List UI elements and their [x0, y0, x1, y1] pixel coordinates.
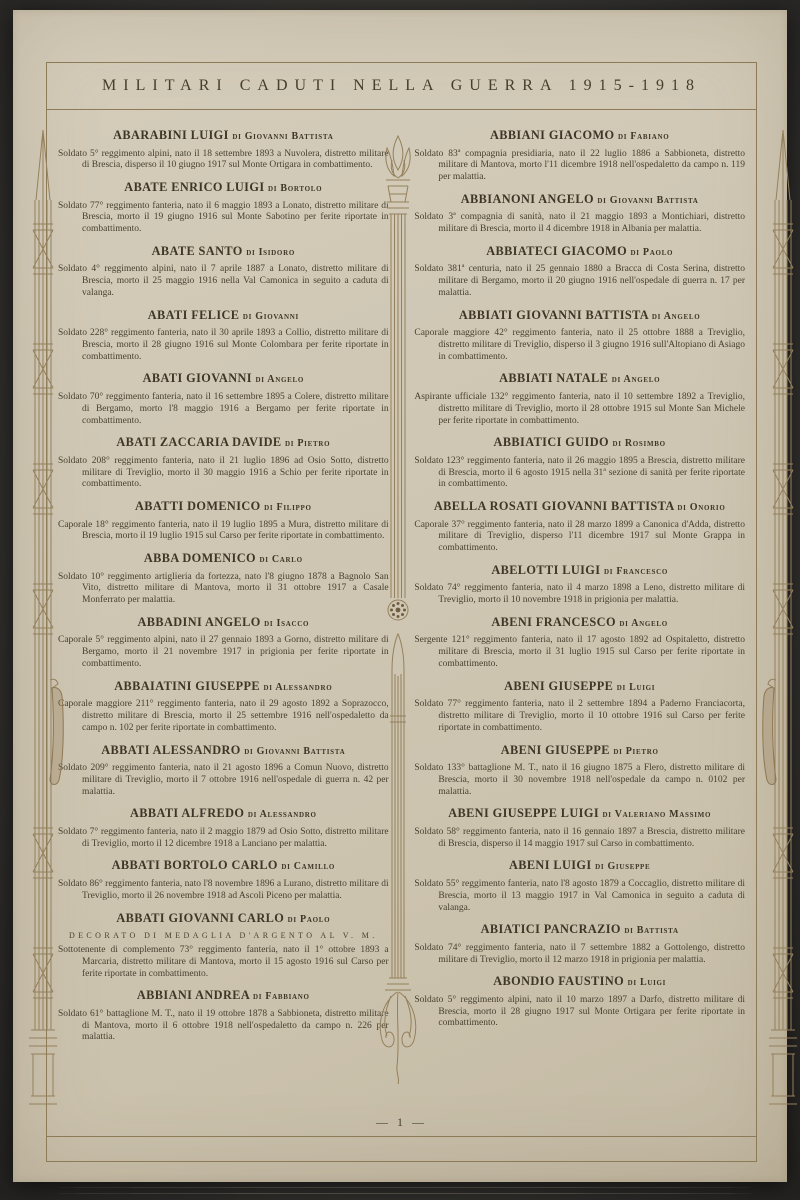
soldier-record: Caporale 18° reggimento fanteria, nato i… [58, 520, 389, 544]
soldier-name-heading: ABBIATI GIOVANNI BATTISTA di Angelo [414, 309, 745, 323]
soldier-name-heading: ABATI ZACCARIA DAVIDE di Pietro [58, 436, 389, 450]
soldier-entry: ABARABINI LUIGI di Giovanni BattistaSold… [58, 129, 389, 172]
soldier-name-heading: ABARABINI LUIGI di Giovanni Battista [58, 129, 389, 143]
soldier-entry: ABIATICI PANCRAZIO di BattistaSoldato 74… [414, 923, 745, 966]
soldier-entry: ABATTI DOMENICO di FilippoCaporale 18° r… [58, 500, 389, 543]
soldier-name: ABENI LUIGI [509, 858, 592, 872]
soldier-patronymic: di Bortolo [268, 183, 322, 194]
soldier-name-heading: ABBIANONI ANGELO di Giovanni Battista [414, 193, 745, 207]
soldier-name: ABBIATECI GIACOMO [486, 244, 627, 258]
soldier-record: Soldato 3ª compagnia di sanità, nato il … [414, 212, 745, 236]
soldier-entry: ABENI FRANCESCO di AngeloSergente 121° r… [414, 616, 745, 671]
decoration-note: DECORATO DI MEDAGLIA D'ARGENTO AL V. M. [58, 931, 389, 940]
soldier-entry: ABONDIO FAUSTINO di LuigiSoldato 5° regg… [414, 975, 745, 1030]
soldier-patronymic: di Valeriano Massimo [603, 809, 712, 820]
soldier-entry: ABENI GIUSEPPE LUIGI di Valeriano Massim… [414, 807, 745, 850]
soldier-entry: ABBIATECI GIACOMO di PaoloSoldato 381ª c… [414, 245, 745, 300]
soldier-name-heading: ABBIATICI GUIDO di Rosimbo [414, 436, 745, 450]
soldier-entry: ABBATI BORTOLO CARLO di CamilloSoldato 8… [58, 859, 389, 902]
soldier-entry: ABATE SANTO di IsidoroSoldato 4° reggime… [58, 245, 389, 300]
soldier-name: ABARABINI LUIGI [113, 128, 229, 142]
soldier-patronymic: di Isacco [264, 618, 309, 629]
soldier-name: ABBATI GIOVANNI CARLO [116, 911, 284, 925]
soldier-entry: ABATI ZACCARIA DAVIDE di PietroSoldato 2… [58, 436, 389, 491]
soldier-name-heading: ABENI GIUSEPPE di Pietro [414, 744, 745, 758]
soldier-record: Soldato 77° reggimento fanteria, nato il… [58, 201, 389, 236]
soldier-name: ABBADINI ANGELO [137, 615, 260, 629]
soldier-name: ABATI ZACCARIA DAVIDE [116, 435, 281, 449]
soldier-name-heading: ABELLA ROSATI GIOVANNI BATTISTA di Onori… [414, 500, 745, 514]
soldier-patronymic: di Paolo [288, 914, 331, 925]
soldier-name: ABBIANI GIACOMO [490, 128, 615, 142]
soldier-patronymic: di Carlo [259, 554, 302, 565]
soldier-name: ABBIATICI GUIDO [494, 435, 609, 449]
soldier-patronymic: di Luigi [617, 682, 656, 693]
soldier-patronymic: di Angelo [255, 374, 304, 385]
page-number: — 1 — [47, 1115, 756, 1130]
soldier-record: Soldato 55° reggimento fanteria, nato l'… [414, 879, 745, 914]
right-column: ABBIANI GIACOMO di FabianoSoldato 83ª co… [414, 120, 745, 1105]
soldier-entry: ABBIANI GIACOMO di FabianoSoldato 83ª co… [414, 129, 745, 184]
soldier-record: Soldato 83ª compagnia presidiaria, nato … [414, 149, 745, 184]
soldier-name-heading: ABELOTTI LUIGI di Francesco [414, 564, 745, 578]
soldier-record: Caporale maggiore 211° reggimento fanter… [58, 699, 389, 734]
soldier-name-heading: ABBIATECI GIACOMO di Paolo [414, 245, 745, 259]
soldier-entry: ABBIATI NATALE di AngeloAspirante uffici… [414, 372, 745, 427]
soldier-name-heading: ABONDIO FAUSTINO di Luigi [414, 975, 745, 989]
soldier-entry: ABATI FELICE di GiovanniSoldato 228° reg… [58, 309, 389, 364]
soldier-name: ABBATI ALFREDO [130, 806, 244, 820]
soldier-record: Soldato 10° reggimento artiglieria da fo… [58, 572, 389, 607]
soldier-entry: ABATI GIOVANNI di AngeloSoldato 70° regg… [58, 372, 389, 427]
soldier-patronymic: di Giovanni Battista [597, 195, 698, 206]
soldier-patronymic: di Rosimbo [612, 438, 665, 449]
page-edge [55, 1187, 755, 1188]
soldier-record: Soldato 209° reggimento fanteria, nato i… [58, 763, 389, 798]
soldier-patronymic: di Alessandro [248, 809, 317, 820]
soldier-name-heading: ABENI GIUSEPPE di Luigi [414, 680, 745, 694]
soldier-name: ABATE ENRICO LUIGI [124, 180, 264, 194]
soldier-patronymic: di Camillo [281, 861, 335, 872]
soldier-name: ABATTI DOMENICO [135, 499, 261, 513]
soldier-name: ABBIANI ANDREA [137, 988, 250, 1002]
soldier-name-heading: ABATE SANTO di Isidoro [58, 245, 389, 259]
memorial-page: MILITARI CADUTI NELLA GUERRA 1915-1918 A… [13, 10, 787, 1182]
soldier-name-heading: ABATI GIOVANNI di Angelo [58, 372, 389, 386]
fasces-ornament-right [761, 128, 800, 1118]
soldier-record: Caporale 5° reggimento alpini, nato il 2… [58, 635, 389, 670]
column-gutter [389, 120, 415, 1105]
soldier-entry: ABBIATI GIOVANNI BATTISTA di AngeloCapor… [414, 309, 745, 364]
soldier-name: ABELLA ROSATI GIOVANNI BATTISTA [434, 499, 674, 513]
soldier-name-heading: ABIATICI PANCRAZIO di Battista [414, 923, 745, 937]
soldier-patronymic: di Francesco [604, 566, 668, 577]
soldier-patronymic: di Onorio [677, 502, 725, 513]
soldier-name-heading: ABATI FELICE di Giovanni [58, 309, 389, 323]
soldier-record: Soldato 228° reggimento fanteria, nato i… [58, 328, 389, 363]
soldier-name-heading: ABBADINI ANGELO di Isacco [58, 616, 389, 630]
soldier-record: Sergente 121° reggimento fanteria, nato … [414, 635, 745, 670]
soldier-name-heading: ABATTI DOMENICO di Filippo [58, 500, 389, 514]
soldier-patronymic: di Angelo [612, 374, 661, 385]
soldier-entry: ABBIANI ANDREA di FabbianoSoldato 61° ba… [58, 989, 389, 1044]
soldier-patronymic: di Pietro [285, 438, 330, 449]
page-frame: MILITARI CADUTI NELLA GUERRA 1915-1918 A… [46, 62, 757, 1162]
soldier-record: Soldato 58° reggimento fanteria, nato il… [414, 827, 745, 851]
soldier-patronymic: di Paolo [631, 247, 674, 258]
soldier-record: Sottotenente di complemento 73° reggimen… [58, 945, 389, 980]
soldier-name-heading: ABENI LUIGI di Giuseppe [414, 859, 745, 873]
soldier-name: ABBAIATINI GIUSEPPE [114, 679, 260, 693]
soldier-name-heading: ABBIATI NATALE di Angelo [414, 372, 745, 386]
soldier-patronymic: di Giovanni Battista [244, 746, 345, 757]
soldier-record: Soldato 208° reggimento fanteria, nato i… [58, 456, 389, 491]
soldier-name: ABENI GIUSEPPE [501, 743, 610, 757]
soldier-entry: ABBIATICI GUIDO di RosimboSoldato 123° r… [414, 436, 745, 491]
soldier-record: Soldato 70° reggimento fanteria, nato il… [58, 392, 389, 427]
soldier-name-heading: ABENI GIUSEPPE LUIGI di Valeriano Massim… [414, 807, 745, 821]
soldier-entry: ABBATI ALFREDO di AlessandroSoldato 7° r… [58, 807, 389, 850]
footer-band [46, 1136, 757, 1161]
soldier-name: ABENI GIUSEPPE [504, 679, 613, 693]
soldier-entry: ABENI GIUSEPPE di LuigiSoldato 77° reggi… [414, 680, 745, 735]
soldier-name: ABBIATI NATALE [499, 371, 608, 385]
soldier-name-heading: ABBATI BORTOLO CARLO di Camillo [58, 859, 389, 873]
soldier-patronymic: di Luigi [628, 977, 667, 988]
soldier-patronymic: di Giuseppe [595, 861, 650, 872]
soldier-entry: ABBIANONI ANGELO di Giovanni BattistaSol… [414, 193, 745, 236]
soldier-record: Soldato 5° reggimento alpini, nato il 10… [414, 995, 745, 1030]
soldier-patronymic: di Angelo [619, 618, 668, 629]
soldier-name: ABATE SANTO [152, 244, 243, 258]
soldier-record: Aspirante ufficiale 132° reggimento fant… [414, 392, 745, 427]
page-title: MILITARI CADUTI NELLA GUERRA 1915-1918 [102, 77, 701, 95]
soldier-record: Soldato 61° battaglione M. T., nato il 1… [58, 1009, 389, 1044]
soldier-patronymic: di Pietro [613, 746, 658, 757]
soldier-record: Soldato 74° reggimento fanteria, nato il… [414, 583, 745, 607]
soldier-patronymic: di Filippo [264, 502, 312, 513]
soldier-name: ABENI FRANCESCO [491, 615, 616, 629]
soldier-patronymic: di Angelo [652, 311, 701, 322]
soldier-name-heading: ABATE ENRICO LUIGI di Bortolo [58, 181, 389, 195]
soldier-patronymic: di Battista [624, 925, 678, 936]
soldier-name-heading: ABBIANI ANDREA di Fabbiano [58, 989, 389, 1003]
soldier-name-heading: ABENI FRANCESCO di Angelo [414, 616, 745, 630]
soldier-record: Soldato 77° reggimento fanteria, nato il… [414, 699, 745, 734]
soldier-patronymic: di Giovanni [243, 311, 299, 322]
soldier-record: Soldato 381ª centuria, nato il 25 gennai… [414, 264, 745, 299]
soldier-patronymic: di Fabbiano [253, 991, 310, 1002]
soldier-name: ABBATI BORTOLO CARLO [112, 858, 278, 872]
soldier-record: Caporale maggiore 42° reggimento fanteri… [414, 328, 745, 363]
soldier-record: Soldato 74° reggimento fanteria, nato il… [414, 943, 745, 967]
page-edge [55, 1193, 755, 1194]
soldier-entry: ABATE ENRICO LUIGI di BortoloSoldato 77°… [58, 181, 389, 236]
soldier-name: ABBIATI GIOVANNI BATTISTA [459, 308, 649, 322]
soldier-patronymic: di Fabiano [618, 131, 669, 142]
soldier-name: ABONDIO FAUSTINO [493, 974, 624, 988]
photographed-book-page: MILITARI CADUTI NELLA GUERRA 1915-1918 A… [0, 0, 800, 1200]
soldier-record: Soldato 5° reggimento alpini, nato il 18… [58, 149, 389, 173]
soldier-name: ABATI FELICE [148, 308, 240, 322]
soldier-entry: ABBATI ALESSANDRO di Giovanni BattistaSo… [58, 744, 389, 799]
soldier-entry: ABBADINI ANGELO di IsaccoCaporale 5° reg… [58, 616, 389, 671]
soldier-record: Soldato 7° reggimento fanteria, nato il … [58, 827, 389, 851]
soldier-name-heading: ABBIANI GIACOMO di Fabiano [414, 129, 745, 143]
soldier-record: Soldato 4° reggimento alpini, nato il 7 … [58, 264, 389, 299]
soldier-name-heading: ABBATI ALESSANDRO di Giovanni Battista [58, 744, 389, 758]
soldier-entry: ABENI LUIGI di GiuseppeSoldato 55° reggi… [414, 859, 745, 914]
soldier-name: ABATI GIOVANNI [143, 371, 252, 385]
soldier-entry: ABBAIATINI GIUSEPPE di AlessandroCaporal… [58, 680, 389, 735]
soldier-name-heading: ABBAIATINI GIUSEPPE di Alessandro [58, 680, 389, 694]
soldier-name-heading: ABBATI ALFREDO di Alessandro [58, 807, 389, 821]
soldier-entry: ABELOTTI LUIGI di FrancescoSoldato 74° r… [414, 564, 745, 607]
soldier-entry: ABELLA ROSATI GIOVANNI BATTISTA di Onori… [414, 500, 745, 555]
soldier-name: ABBIANONI ANGELO [461, 192, 594, 206]
soldier-name: ABIATICI PANCRAZIO [481, 922, 621, 936]
soldier-name: ABBATI ALESSANDRO [101, 743, 240, 757]
soldier-name-heading: ABBATI GIOVANNI CARLO di Paolo [58, 912, 389, 926]
soldier-entry: ABENI GIUSEPPE di PietroSoldato 133° bat… [414, 744, 745, 799]
soldier-record: Soldato 86° reggimento fanteria, nato l'… [58, 879, 389, 903]
soldier-entry: ABBATI GIOVANNI CARLO di PaoloDECORATO D… [58, 912, 389, 981]
soldier-name-heading: ABBA DOMENICO di Carlo [58, 552, 389, 566]
soldier-patronymic: di Alessandro [264, 682, 333, 693]
soldier-patronymic: di Giovanni Battista [232, 131, 333, 142]
title-band: MILITARI CADUTI NELLA GUERRA 1915-1918 [47, 63, 756, 110]
soldier-name: ABBA DOMENICO [144, 551, 256, 565]
two-column-content: ABARABINI LUIGI di Giovanni BattistaSold… [58, 110, 745, 1105]
soldier-name: ABENI GIUSEPPE LUIGI [448, 806, 599, 820]
soldier-record: Soldato 133° battaglione M. T., nato il … [414, 763, 745, 798]
soldier-record: Soldato 123° reggimento fanteria, nato i… [414, 456, 745, 491]
soldier-entry: ABBA DOMENICO di CarloSoldato 10° reggim… [58, 552, 389, 607]
soldier-patronymic: di Isidoro [246, 247, 295, 258]
soldier-name: ABELOTTI LUIGI [491, 563, 600, 577]
left-column: ABARABINI LUIGI di Giovanni BattistaSold… [58, 120, 389, 1105]
soldier-record: Caporale 37° reggimento fanteria, nato i… [414, 520, 745, 555]
